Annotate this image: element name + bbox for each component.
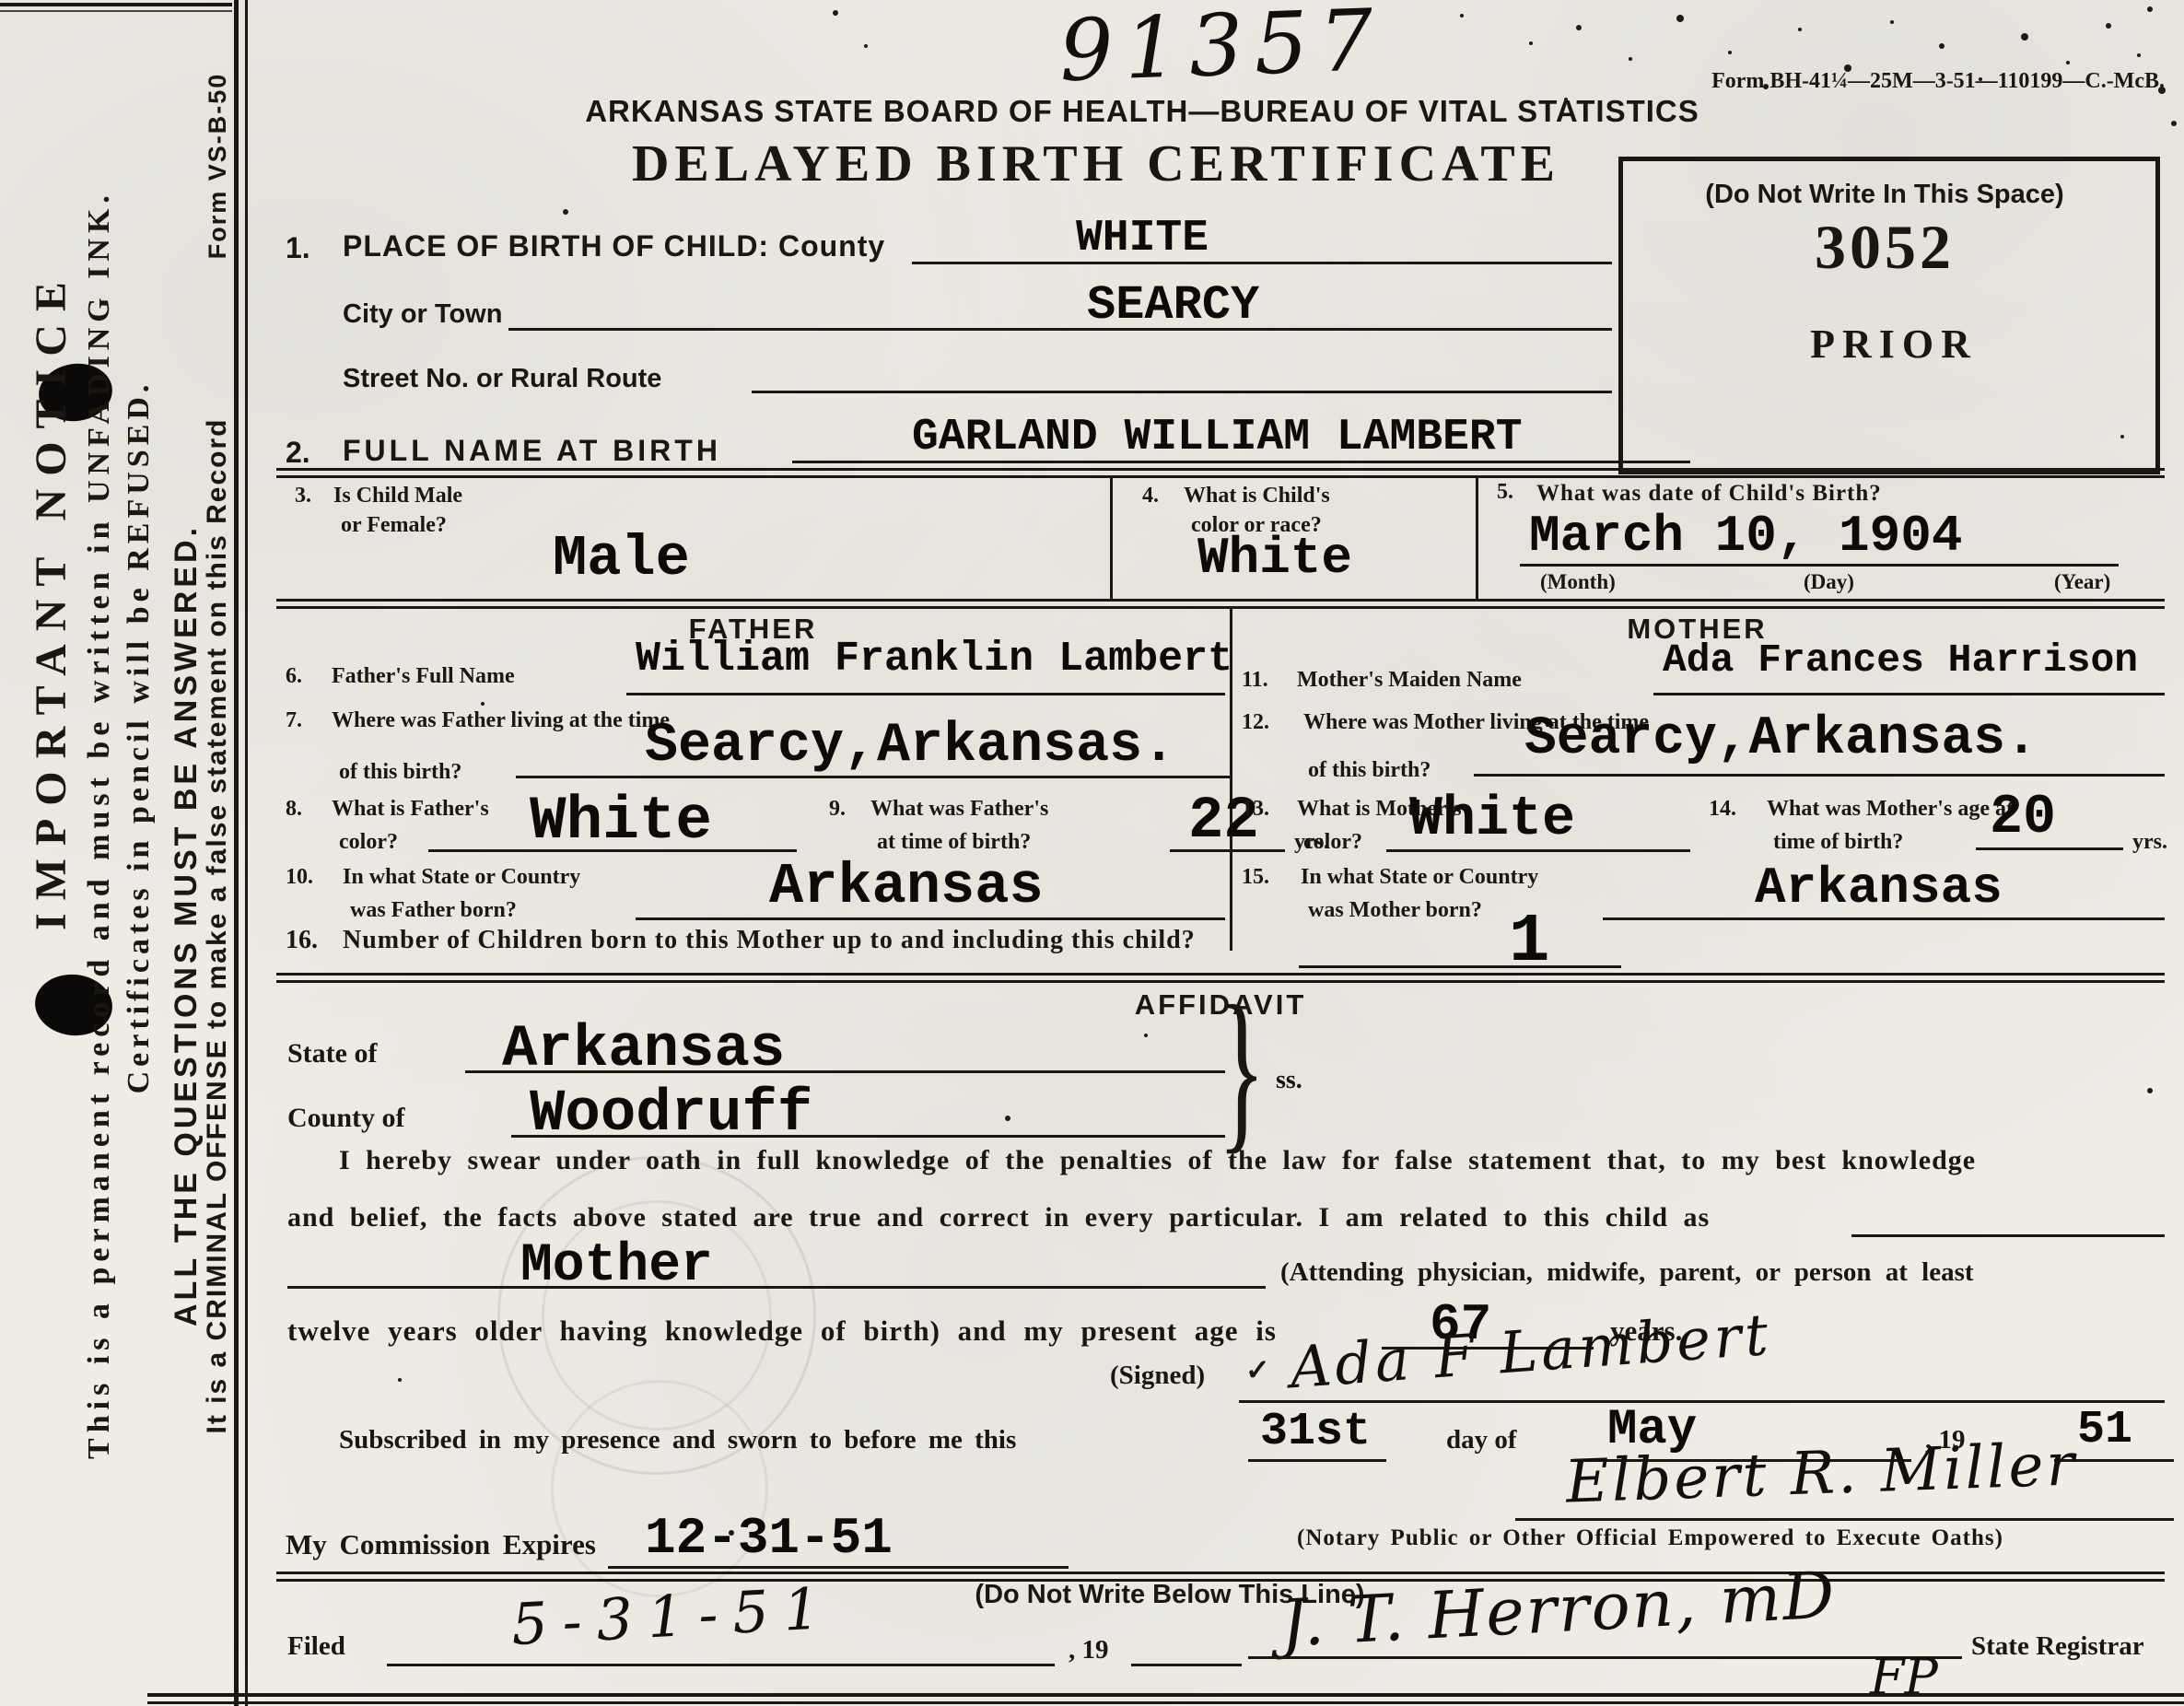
q15-label-line2: was Mother born? (1308, 899, 1482, 923)
q10-underline (636, 917, 1225, 920)
q5-number: 5. (1497, 481, 1513, 505)
q9-label-line1: What was Father's (870, 798, 1048, 822)
margin-questions-notice: ALL THE QUESTIONS MUST BE ANSWERED. (169, 585, 204, 1326)
county-of-label: County of (287, 1104, 405, 1133)
q7-label-line1: Where was Father living at the time (332, 709, 670, 733)
q7-number: 7. (286, 709, 302, 733)
q3-label-line2: or Female? (341, 514, 447, 538)
margin-important-notice: IMPORTANT NOTICE (28, 378, 76, 930)
q10-label-line2: was Father born? (350, 899, 517, 923)
column-divider (1476, 478, 1478, 599)
q6-value: William Franklin Lambert (636, 637, 1232, 683)
commission-underline (608, 1566, 1069, 1569)
q9-number: 9. (829, 798, 846, 822)
city-underline (508, 328, 1612, 331)
q1-underline (912, 262, 1612, 264)
q5-day-caption: (Day) (1804, 571, 1854, 594)
margin-top-rule-2 (0, 10, 232, 12)
q1-number: 1. (286, 232, 310, 264)
q15-value: Arkansas (1755, 860, 2003, 916)
q2-value: GARLAND WILLIAM LAMBERT (912, 415, 1523, 462)
column-divider (1110, 478, 1113, 599)
affiant-signature: Ada F Lambert (1288, 1304, 1773, 1399)
margin-form-code: Form VS-B-50 (204, 14, 231, 318)
q10-value: Arkansas (769, 857, 1044, 918)
q14-label-line1: What was Mother's age at (1767, 798, 2014, 822)
sworn-year-value: 51 (2077, 1406, 2132, 1455)
q5-value: March 10, 1904 (1529, 508, 1962, 564)
q4-label-line1: What is Child's (1184, 485, 1330, 508)
form-print-code: Form BH-41¼—25M—3-51—110199—C.-McB. (1557, 70, 2165, 94)
oath-line2: and belief, the facts above stated are t… (287, 1203, 1710, 1233)
filed-underline (387, 1664, 1055, 1666)
registrar-underline (1248, 1656, 1962, 1659)
q4-value: White (1197, 531, 1352, 586)
oath-underline (1851, 1234, 2165, 1237)
commission-label: My Commission Expires (286, 1529, 596, 1560)
state-underline (465, 1070, 1225, 1073)
notary-underline (1515, 1518, 2174, 1521)
q7-value: Searcy,Arkansas. (645, 717, 1175, 777)
ss-brace: } (1218, 993, 1266, 1147)
q1-label: PLACE OF BIRTH OF CHILD: County (343, 230, 885, 263)
q8-number: 8. (286, 798, 302, 822)
prior-stamp: PRIOR (1628, 322, 2160, 367)
q11-underline (1653, 693, 2165, 695)
scanned-birth-certificate: Form VS-B-50 IMPORTANT NOTICE This is a … (0, 0, 2184, 1706)
street-label: Street No. or Rural Route (343, 365, 661, 393)
q13-label-line2: color? (1303, 831, 1362, 855)
sworn-day-underline (1248, 1459, 1386, 1462)
q14-number: 14. (1709, 798, 1736, 822)
margin-permanent-record-notice: This is a permanent record and must be w… (83, 184, 117, 1465)
document-title: DELAYED BIRTH CERTIFICATE (497, 136, 1695, 192)
q9-label-line2: at time of birth? (877, 831, 1031, 855)
q8-label-line2: color? (339, 831, 398, 855)
oath-line1: I hereby swear under oath in full knowle… (339, 1146, 1976, 1175)
q14-label-line2: time of birth? (1773, 831, 1903, 855)
q12-number: 12. (1242, 711, 1269, 735)
stamp-box-caption: (Do Not Write In This Space) (1618, 181, 2151, 209)
q16-value: 1 (1509, 906, 1549, 980)
q12-underline (1474, 774, 2165, 777)
section-rule (276, 599, 2165, 602)
q2-label: FULL NAME AT BIRTH (343, 435, 721, 467)
q15-label-line1: In what State or Country (1301, 866, 1538, 890)
registrar-signature: J. T. Herron, mD (1279, 1560, 1838, 1659)
q1-county-value: WHITE (1076, 216, 1209, 263)
q11-label: Mother's Maiden Name (1297, 669, 1522, 693)
section-rule (276, 606, 2165, 609)
margin-border-line (234, 0, 239, 1706)
q12-label-line2: of this birth? (1308, 759, 1431, 783)
q14-unit: yrs. (2132, 831, 2167, 855)
q9-underline (1170, 849, 1285, 852)
q5-month-caption: (Month) (1540, 571, 1616, 594)
q8-label-line1: What is Father's (332, 798, 489, 822)
q3-label-line1: Is Child Male (333, 485, 462, 508)
q5-underline (1520, 564, 2119, 567)
commission-date-value: 12-31-51 (645, 1511, 893, 1566)
margin-top-rule (0, 3, 232, 6)
q16-underline (1299, 965, 1621, 968)
margin-border-line-2 (245, 0, 248, 1706)
filed-label: Filed (287, 1632, 345, 1661)
handwritten-serial-number: 91357 (1057, 0, 1385, 97)
q16-number: 16. (286, 927, 318, 954)
sworn-line: Subscribed in my presence and sworn to b… (339, 1426, 1016, 1455)
certificate-number-stamp: 3052 (1618, 214, 2151, 281)
street-underline (752, 391, 1612, 393)
notary-caption: (Notary Public or Other Official Empower… (1297, 1525, 2003, 1550)
notary-signature: Elbert R. Miller (1565, 1433, 2078, 1514)
filed-year-prefix: , 19 (1069, 1636, 1109, 1665)
q2-underline (792, 461, 1690, 463)
bottom-rule-2 (147, 1701, 2184, 1704)
filed-year-underline (1131, 1664, 1242, 1666)
q14-value: 20 (1990, 789, 2056, 848)
relation-caption: (Attending physician, midwife, parent, o… (1280, 1258, 1974, 1287)
q2-number: 2. (286, 437, 310, 469)
q7-underline (516, 776, 1230, 778)
q15-number: 15. (1242, 866, 1269, 890)
q13-value: White (1409, 790, 1575, 850)
q5-label: What was date of Child's Birth? (1536, 481, 1882, 506)
q16-label: Number of Children born to this Mother u… (343, 927, 1196, 954)
signed-check-mark: ✓ (1245, 1354, 1270, 1386)
county-underline (511, 1135, 1225, 1138)
q8-value: White (530, 789, 712, 854)
signed-label: (Signed) (1110, 1361, 1205, 1390)
q15-underline (1603, 917, 2165, 920)
q13-underline (1386, 849, 1690, 852)
sworn-day-value: 31st (1260, 1408, 1371, 1457)
relation-underline (287, 1286, 1266, 1289)
q14-underline (1976, 847, 2123, 850)
q5-year-caption: (Year) (2054, 571, 2110, 594)
q8-underline (428, 849, 797, 852)
section-rule (276, 475, 2165, 478)
q11-number: 11. (1242, 669, 1268, 693)
q3-value: Male (553, 529, 690, 590)
margin-pencil-refused-notice: Certificates in pencil will be REFUSED. (123, 359, 157, 1115)
section-rule (276, 468, 2165, 471)
ss-label: ss. (1276, 1067, 1302, 1094)
signature-underline (1239, 1400, 2165, 1403)
day-of-label: day of (1446, 1426, 1517, 1455)
q10-label-line1: In what State or Country (343, 866, 580, 890)
city-label: City or Town (343, 300, 502, 329)
registrar-title: State Registrar (1971, 1632, 2144, 1661)
margin-criminal-offense-notice: It is a CRIMINAL OFFENSE to make a false… (203, 341, 232, 1511)
state-of-label: State of (287, 1039, 377, 1069)
q6-label: Father's Full Name (332, 665, 515, 689)
q10-number: 10. (286, 866, 313, 890)
q3-number: 3. (295, 485, 311, 508)
filed-date-handwritten: 5-31-51 (509, 1578, 835, 1656)
q13-number: 13. (1242, 798, 1269, 822)
q6-number: 6. (286, 665, 302, 689)
q7-label-line2: of this birth? (339, 761, 461, 785)
bottom-rule (147, 1693, 2184, 1697)
q12-value: Searcy,Arkansas. (1524, 711, 2038, 769)
city-value: SEARCY (1087, 280, 1259, 332)
age-line: twelve years older having knowledge of b… (287, 1315, 1277, 1346)
q11-value: Ada Frances Harrison (1663, 639, 2138, 682)
section-rule (276, 1572, 2165, 1574)
q4-number: 4. (1142, 485, 1159, 508)
q6-underline (626, 693, 1225, 695)
agency-name: ARKANSAS STATE BOARD OF HEALTH—BUREAU OF… (405, 95, 1879, 128)
